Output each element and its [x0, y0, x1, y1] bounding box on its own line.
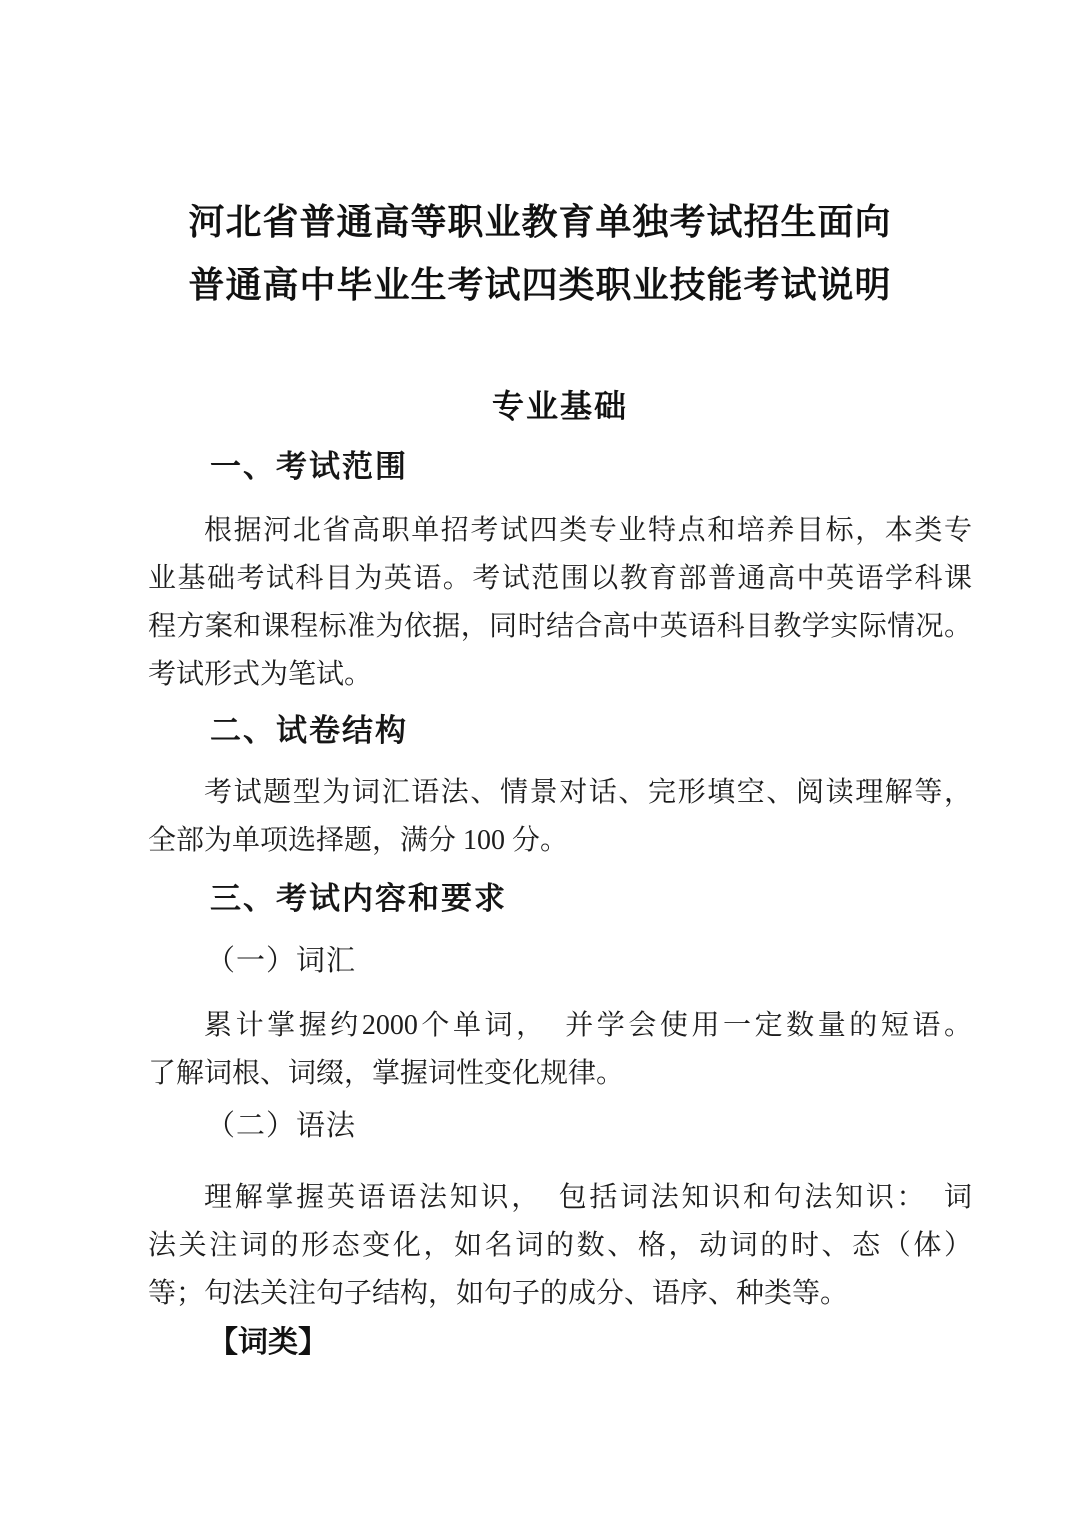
word-class-tag: 【词类】 — [148, 1319, 972, 1367]
paragraph-line: 全部为单项选择题，满分 100 分。 — [148, 817, 972, 865]
title-line-2: 普通高中毕业生考试四类职业技能考试说明 — [0, 253, 1080, 316]
paragraph-grammar: 理解掌握英语语法知识， 包括词法知识和句法知识： 词 法关注词的形态变化，如名词… — [148, 1174, 972, 1318]
document-page: 河北省普通高等职业教育单独考试招生面向 普通高中毕业生考试四类职业技能考试说明 … — [0, 0, 1080, 1527]
section-heading-paper-structure: 二、试卷结构 — [148, 706, 972, 755]
section-heading-exam-scope: 一、考试范围 — [148, 442, 972, 491]
paragraph-line: 考试形式为笔试。 — [148, 651, 972, 699]
subsection-label-vocabulary: （一）词汇 — [148, 937, 972, 985]
paragraph-line: 了解词根、词缀，掌握词性变化规律。 — [148, 1050, 972, 1098]
title-line-1: 河北省普通高等职业教育单独考试招生面向 — [0, 190, 1080, 253]
subsection-label-grammar: （二）语法 — [148, 1102, 972, 1150]
paragraph-vocabulary: 累计掌握约2000个单词， 并学会使用一定数量的短语。 了解词根、词缀，掌握词性… — [148, 1002, 972, 1098]
paragraph-line: 程方案和课程标准为依据，同时结合高中英语科目教学实际情况。 — [148, 603, 972, 651]
document-title: 河北省普通高等职业教育单独考试招生面向 普通高中毕业生考试四类职业技能考试说明 — [0, 190, 1080, 316]
paragraph-line: 业基础考试科目为英语。考试范围以教育部普通高中英语学科课 — [148, 555, 972, 603]
section-heading-content-requirements: 三、考试内容和要求 — [148, 874, 972, 923]
paragraph-line: 等；句法关注句子结构，如句子的成分、语序、种类等。 — [148, 1270, 972, 1318]
paragraph-line: 根据河北省高职单招考试四类专业特点和培养目标，本类专 — [148, 507, 972, 555]
subtitle-major-basics: 专业基础 — [148, 382, 972, 431]
document-body: 专业基础 一、考试范围 根据河北省高职单招考试四类专业特点和培养目标，本类专 业… — [148, 382, 972, 1367]
paragraph-exam-scope: 根据河北省高职单招考试四类专业特点和培养目标，本类专 业基础考试科目为英语。考试… — [148, 507, 972, 699]
paragraph-line: 考试题型为词汇语法、情景对话、完形填空、阅读理解等， — [148, 769, 972, 817]
paragraph-paper-structure: 考试题型为词汇语法、情景对话、完形填空、阅读理解等， 全部为单项选择题，满分 1… — [148, 769, 972, 865]
paragraph-line: 累计掌握约2000个单词， 并学会使用一定数量的短语。 — [148, 1002, 972, 1050]
paragraph-line: 理解掌握英语语法知识， 包括词法知识和句法知识： 词 — [148, 1174, 972, 1222]
paragraph-line: 法关注词的形态变化，如名词的数、格，动词的时、态（体） — [148, 1222, 972, 1270]
